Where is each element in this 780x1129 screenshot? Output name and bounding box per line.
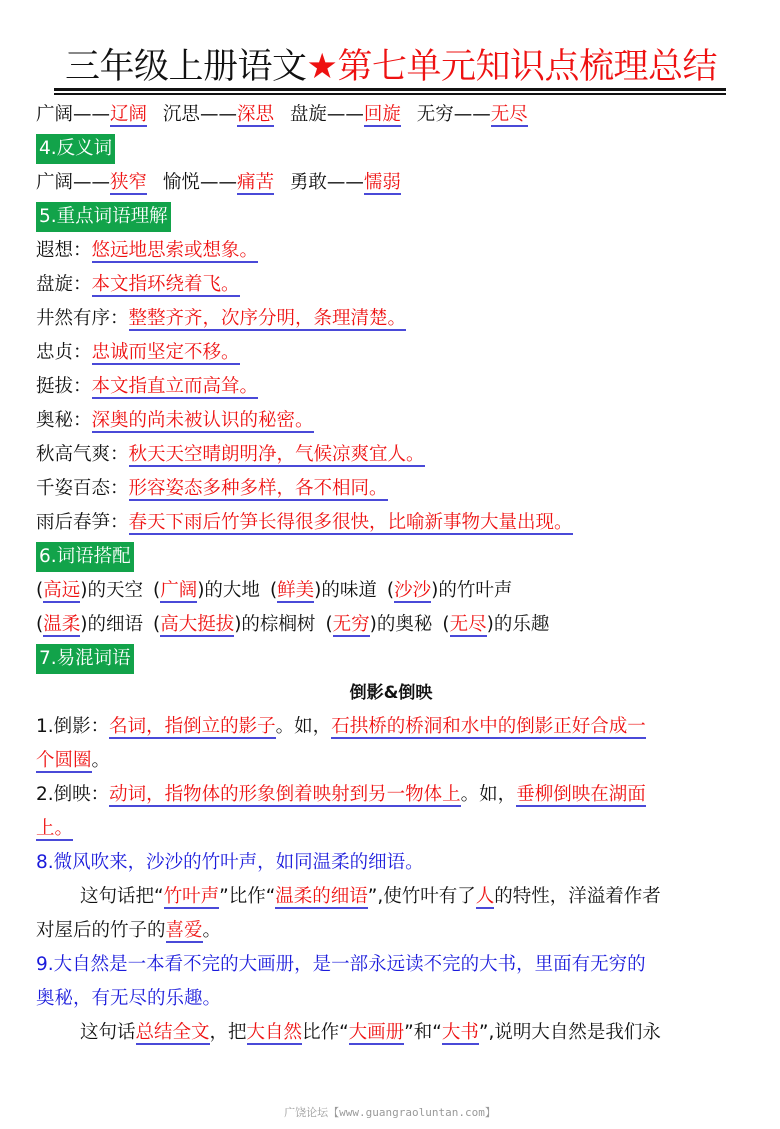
definition: 深奥的尚未被认识的秘密。 <box>92 410 314 433</box>
page-title: 三年级上册语文★第七单元知识点梳理总结 <box>56 44 726 90</box>
example: 上。 <box>36 818 73 841</box>
answer: 狭窄 <box>110 172 147 195</box>
answer: 大自然 <box>247 1022 303 1045</box>
definition-row: 雨后春笋：春天下雨后竹笋长得很多很快，比喻新事物大量出现。 <box>36 506 746 540</box>
analysis-9: 这句话总结全文，把大自然比作“大画册”和“大书”,说明大自然是我们永 <box>36 1016 746 1050</box>
definition-row: 千姿百态：形容姿态多种多样，各不相同。 <box>36 472 746 506</box>
word: 勇敢 <box>290 172 327 193</box>
answer: 无尽 <box>450 614 487 637</box>
answer: 高远 <box>43 580 80 603</box>
answer: 喜爱 <box>166 920 203 943</box>
definition: 整整齐齐，次序分明，条理清楚。 <box>129 308 407 331</box>
text: ”,使竹叶有了 <box>368 886 476 907</box>
noun: 的乐趣 <box>494 614 550 635</box>
noun: 的棕榈树 <box>241 614 315 635</box>
dash: —— <box>454 104 491 125</box>
definition: 本文指环绕着飞。 <box>92 274 240 297</box>
sentence-9-cont: 奥秘，有无尽的乐趣。 <box>36 982 746 1016</box>
text: ”,说明大自然是我们永 <box>479 1022 661 1043</box>
dash: —— <box>327 172 364 193</box>
title-unit: 第七单元知识点梳理总结 <box>337 47 717 87</box>
answer: 辽阔 <box>110 104 147 127</box>
definition-row: 盘旋：本文指环绕着飞。 <box>36 268 746 302</box>
answer: 高大挺拔 <box>160 614 234 637</box>
confusing-item-1-cont: 个圆圈。 <box>36 744 746 778</box>
term: 井然有序： <box>36 308 129 329</box>
definition-row: 井然有序：整整齐齐，次序分明，条理清楚。 <box>36 302 746 336</box>
text: 对屋后的竹子的 <box>36 920 166 941</box>
noun: 的味道 <box>321 580 377 601</box>
answer: 无尽 <box>491 104 528 127</box>
text: 这句话把“ <box>80 886 164 907</box>
word: 广阔 <box>36 104 73 125</box>
section-label-collocations: 6.词语搭配 <box>36 542 134 572</box>
answer: 回旋 <box>364 104 401 127</box>
star-icon: ★ <box>307 47 338 87</box>
answer: 大书 <box>442 1022 479 1045</box>
noun: 的奥秘 <box>377 614 433 635</box>
word: 无穷 <box>417 104 454 125</box>
definition: 名词，指倒立的影子 <box>109 716 276 739</box>
definition-row: 遐想：悠远地思索或想象。 <box>36 234 746 268</box>
item-prefix: 1.倒影： <box>36 716 109 737</box>
answer: 温柔 <box>43 614 80 637</box>
answer: 总结全文 <box>136 1022 210 1045</box>
subsection-title: 倒影&倒映 <box>36 676 746 710</box>
definition: 动词，指物体的形象倒着映射到另一物体上 <box>109 784 461 807</box>
term: 千姿百态： <box>36 478 129 499</box>
dash: —— <box>73 172 110 193</box>
title-rule-top <box>54 88 726 91</box>
answer: 人 <box>476 886 495 909</box>
definition: 本文指直立而高耸。 <box>92 376 259 399</box>
antonym-row: 广阔——狭窄 愉悦——痛苦 勇敢——懦弱 <box>36 166 746 200</box>
answer: 鲜美 <box>277 580 314 603</box>
answer: 深思 <box>237 104 274 127</box>
answer: 沙沙 <box>394 580 431 603</box>
dash: —— <box>73 104 110 125</box>
title-rule-bottom <box>54 93 726 95</box>
definition: 春天下雨后竹笋长得很多很快，比喻新事物大量出现。 <box>129 512 573 535</box>
answer: 温柔的细语 <box>275 886 368 909</box>
section-label-antonyms: 4.反义词 <box>36 134 115 164</box>
dash: —— <box>200 172 237 193</box>
term: 秋高气爽： <box>36 444 129 465</box>
collocation-row: (高远)的天空(广阔)的大地(鲜美)的味道(沙沙)的竹叶声 <box>36 574 746 608</box>
definition-row: 挺拔：本文指直立而高耸。 <box>36 370 746 404</box>
definition: 悠远地思索或想象。 <box>92 240 259 263</box>
answer: 痛苦 <box>237 172 274 195</box>
text: ，把 <box>210 1022 247 1043</box>
definition-row: 忠贞：忠诚而坚定不移。 <box>36 336 746 370</box>
connector: 。如， <box>461 784 517 805</box>
period: 。 <box>92 750 111 771</box>
answer: 广阔 <box>160 580 197 603</box>
text: 这句话 <box>80 1022 136 1043</box>
connector: 。如， <box>276 716 332 737</box>
answer: 大画册 <box>349 1022 405 1045</box>
text: ”和“ <box>404 1022 442 1043</box>
term: 遐想： <box>36 240 92 261</box>
synonym-row: 广阔——辽阔 沉思——深思 盘旋——回旋 无穷——无尽 <box>36 98 746 132</box>
analysis-8: 这句话把“竹叶声”比作“温柔的细语”,使竹叶有了人的特性，洋溢着作者 <box>36 880 746 914</box>
example: 石拱桥的桥洞和水中的倒影正好合成一 <box>331 716 646 739</box>
section-label-confusing-words: 7.易混词语 <box>36 644 134 674</box>
document-body: 广阔——辽阔 沉思——深思 盘旋——回旋 无穷——无尽 4.反义词 广阔——狭窄… <box>36 98 746 1050</box>
example: 个圆圈 <box>36 750 92 773</box>
text: 的特性，洋溢着作者 <box>494 886 661 907</box>
answer: 懦弱 <box>364 172 401 195</box>
example: 垂柳倒映在湖面 <box>516 784 646 807</box>
definition-row: 奥秘：深奥的尚未被认识的秘密。 <box>36 404 746 438</box>
answer: 竹叶声 <box>164 886 220 909</box>
sentence-9: 9.大自然是一本看不完的大画册，是一部永远读不完的大书，里面有无穷的 <box>36 948 746 982</box>
collocation-row: (温柔)的细语(高大挺拔)的棕榈树(无穷)的奥秘(无尽)的乐趣 <box>36 608 746 642</box>
sentence-8: 8.微风吹来，沙沙的竹叶声，如同温柔的细语。 <box>36 846 746 880</box>
title-grade: 三年级上册语文 <box>65 47 307 87</box>
analysis-8-cont: 对屋后的竹子的喜爱。 <box>36 914 746 948</box>
section-label-key-words: 5.重点词语理解 <box>36 202 171 232</box>
confusing-item-2-cont: 上。 <box>36 812 746 846</box>
noun: 的天空 <box>87 580 143 601</box>
noun: 的细语 <box>87 614 143 635</box>
dash: —— <box>327 104 364 125</box>
footer-watermark: 广饶论坛【www.guangraoluntan.com】 <box>0 1104 780 1120</box>
word: 愉悦 <box>163 172 200 193</box>
text: 。 <box>203 920 222 941</box>
definition: 忠诚而坚定不移。 <box>92 342 240 365</box>
definition: 形容姿态多种多样，各不相同。 <box>129 478 388 501</box>
term: 雨后春笋： <box>36 512 129 533</box>
word: 盘旋 <box>290 104 327 125</box>
term: 盘旋： <box>36 274 92 295</box>
noun: 的竹叶声 <box>438 580 512 601</box>
word: 沉思 <box>163 104 200 125</box>
dash: —— <box>200 104 237 125</box>
confusing-item-2: 2.倒映：动词，指物体的形象倒着映射到另一物体上。如，垂柳倒映在湖面 <box>36 778 746 812</box>
term: 忠贞： <box>36 342 92 363</box>
definition: 秋天天空晴朗明净，气候凉爽宜人。 <box>129 444 425 467</box>
term: 奥秘： <box>36 410 92 431</box>
text: 比作“ <box>302 1022 349 1043</box>
answer: 无穷 <box>333 614 370 637</box>
text: ”比作“ <box>219 886 275 907</box>
definition-row: 秋高气爽：秋天天空晴朗明净，气候凉爽宜人。 <box>36 438 746 472</box>
item-prefix: 2.倒映： <box>36 784 109 805</box>
confusing-item-1: 1.倒影：名词，指倒立的影子。如，石拱桥的桥洞和水中的倒影正好合成一 <box>36 710 746 744</box>
noun: 的大地 <box>204 580 260 601</box>
term: 挺拔： <box>36 376 92 397</box>
word: 广阔 <box>36 172 73 193</box>
